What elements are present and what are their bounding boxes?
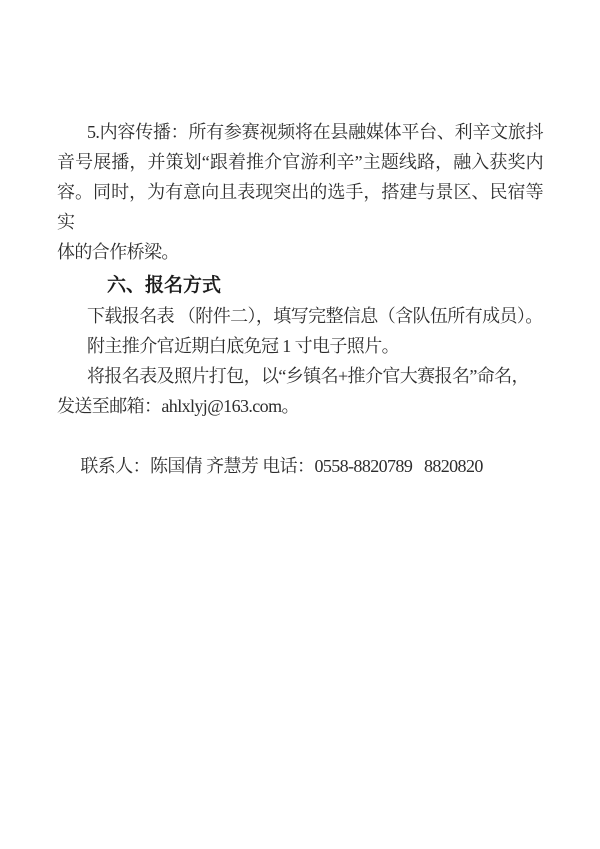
- phone-number-2: 8820820: [424, 456, 483, 476]
- document-body: 5.内容传播：所有参赛视频将在县融媒体平台、利辛文旅抖 音号展播，并策划“跟着推…: [57, 117, 543, 511]
- email-label: 发送至邮箱：: [57, 396, 161, 416]
- paragraph-photo-requirement: 附主推介官近期白底免冠 1 寸电子照片。: [57, 331, 543, 361]
- email-address: ahlxlyj@163.com: [161, 396, 281, 416]
- section-heading-registration: 六、报名方式: [57, 271, 543, 301]
- contact-name-2: 齐慧芳: [206, 456, 258, 476]
- paragraph-spread-line-3: 容。同时，为有意向且表现突出的选手，搭建与景区、民宿等实: [57, 177, 543, 237]
- paragraph-contact: 联系人：陈国倩 齐慧芳 电话：0558-8820789 8820820: [57, 421, 543, 511]
- phone-label: 电话：: [262, 456, 314, 476]
- paragraph-spread-line-2: 音号展播，并策划“跟着推介官游利辛”主题线路，融入获奖内: [57, 147, 543, 177]
- phone-number-1: 0558-8820789: [314, 456, 412, 476]
- document-page: 5.内容传播：所有参赛视频将在县融媒体平台、利辛文旅抖 音号展播，并策划“跟着推…: [0, 0, 600, 849]
- paragraph-spread-line-4: 体的合作桥梁。: [57, 237, 543, 267]
- paragraph-package-line-2: 发送至邮箱：ahlxlyj@163.com。: [57, 391, 543, 421]
- contact-label: 联系人：: [80, 456, 150, 476]
- contact-name-1: 陈国倩: [150, 456, 202, 476]
- paragraph-download-form: 下载报名表 （附件二），填写完整信息（含队伍所有成员）。: [57, 301, 543, 331]
- paragraph-spread-line-1: 5.内容传播：所有参赛视频将在县融媒体平台、利辛文旅抖: [57, 117, 543, 147]
- email-suffix: 。: [281, 396, 298, 416]
- paragraph-package-line-1: 将报名表及照片打包，以“乡镇名+推介官大赛报名”命名，: [57, 361, 543, 391]
